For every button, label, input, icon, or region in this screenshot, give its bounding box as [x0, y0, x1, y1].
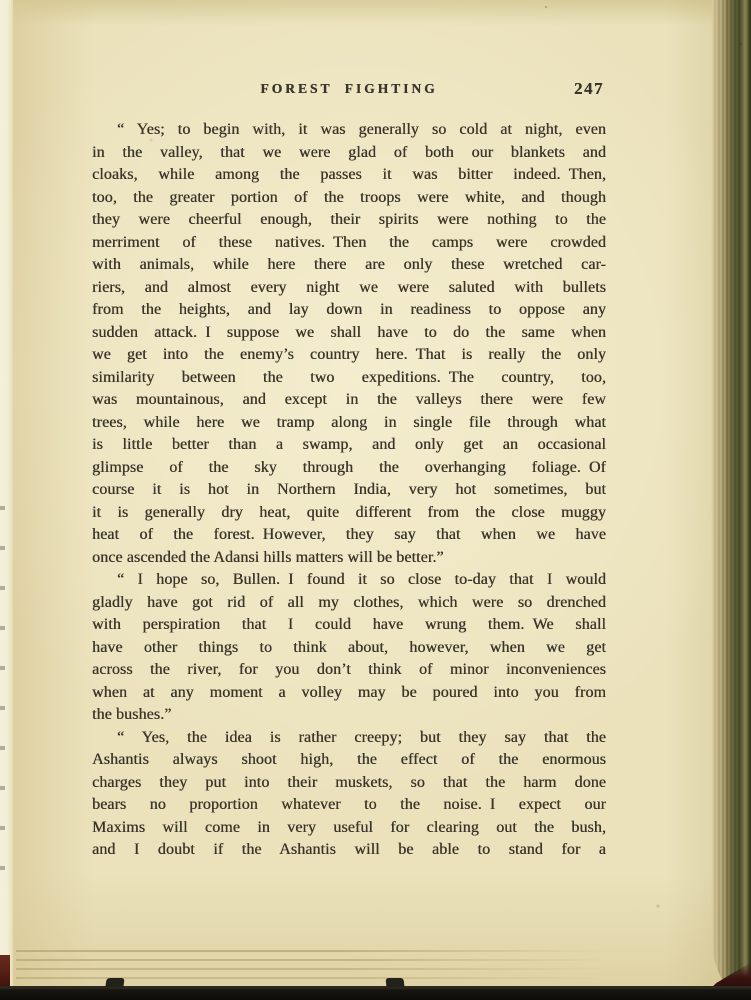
text-line: course it is hot in Northern India, very… — [92, 479, 606, 502]
text-line: trees, while here we tramp along in sing… — [92, 412, 606, 435]
text-line: when at any moment a volley may be poure… — [92, 682, 606, 705]
book-scan: FOREST FIGHTING 247 “ Yes; to begin with… — [0, 0, 751, 1000]
text-line: merriment of these natives. Then the cam… — [92, 232, 606, 255]
fore-edge-page-stack — [711, 0, 751, 990]
text-line: Maxims will come in very useful for clea… — [92, 817, 606, 840]
text-line: glimpse of the sky through the overhangi… — [92, 457, 606, 480]
page-number: 247 — [574, 79, 604, 99]
text-line: “ Yes, the idea is rather creepy; but th… — [92, 727, 606, 750]
book-cradle-bar — [0, 986, 751, 1000]
text-line: they were cheerful enough, their spirits… — [92, 209, 606, 232]
text-line: the bushes.” — [92, 704, 606, 727]
facing-page-print-marks — [0, 470, 5, 890]
running-header-title: FOREST FIGHTING — [92, 81, 606, 97]
text-line: with perspiration that I could have wrun… — [92, 614, 606, 637]
text-line: “ I hope so, Bullen. I found it so close… — [92, 569, 606, 592]
text-line: too, the greater portion of the troops w… — [92, 187, 606, 210]
text-line: it is generally dry heat, quite differen… — [92, 502, 606, 525]
text-line: heat of the forest. However, they say th… — [92, 524, 606, 547]
text-line: Ashantis always shoot high, the effect o… — [92, 749, 606, 772]
page-clip — [105, 978, 124, 987]
text-line: bears no proportion whatever to the nois… — [92, 794, 606, 817]
text-line: sudden attack. I suppose we shall have t… — [92, 322, 606, 345]
text-line: charges they put into their muskets, so … — [92, 772, 606, 795]
bottom-page-edges — [16, 944, 616, 984]
paragraph: “ I hope so, Bullen. I found it so close… — [92, 569, 606, 727]
text-line: with animals, while here there are only … — [92, 254, 606, 277]
text-line: have other things to think about, howeve… — [92, 637, 606, 660]
text-line: riers, and almost every night we were sa… — [92, 277, 606, 300]
text-line: gladly have got rid of all my clothes, w… — [92, 592, 606, 615]
page-clip — [386, 978, 405, 987]
text-line: from the heights, and lay down in readin… — [92, 299, 606, 322]
text-line: was mountainous, and except in the valle… — [92, 389, 606, 412]
text-line: we get into the enemy’s country here. Th… — [92, 344, 606, 367]
text-line: similarity between the two expeditions. … — [92, 367, 606, 390]
paragraph: “ Yes; to begin with, it was generally s… — [92, 119, 606, 569]
text-line: in the valley, that we were glad of both… — [92, 142, 606, 165]
text-line: is little better than a swamp, and only … — [92, 434, 606, 457]
running-header: FOREST FIGHTING 247 — [92, 79, 606, 99]
text-block: “ Yes; to begin with, it was generally s… — [92, 119, 606, 862]
text-line: once ascended the Adansi hills matters w… — [92, 547, 606, 570]
paragraph: “ Yes, the idea is rather creepy; but th… — [92, 727, 606, 862]
facing-page-sliver — [0, 0, 13, 1000]
text-line: and I doubt if the Ashantis will be able… — [92, 839, 606, 862]
text-line: cloaks, while among the passes it was bi… — [92, 164, 606, 187]
text-line: across the river, for you don’t think of… — [92, 659, 606, 682]
text-line: “ Yes; to begin with, it was generally s… — [92, 119, 606, 142]
